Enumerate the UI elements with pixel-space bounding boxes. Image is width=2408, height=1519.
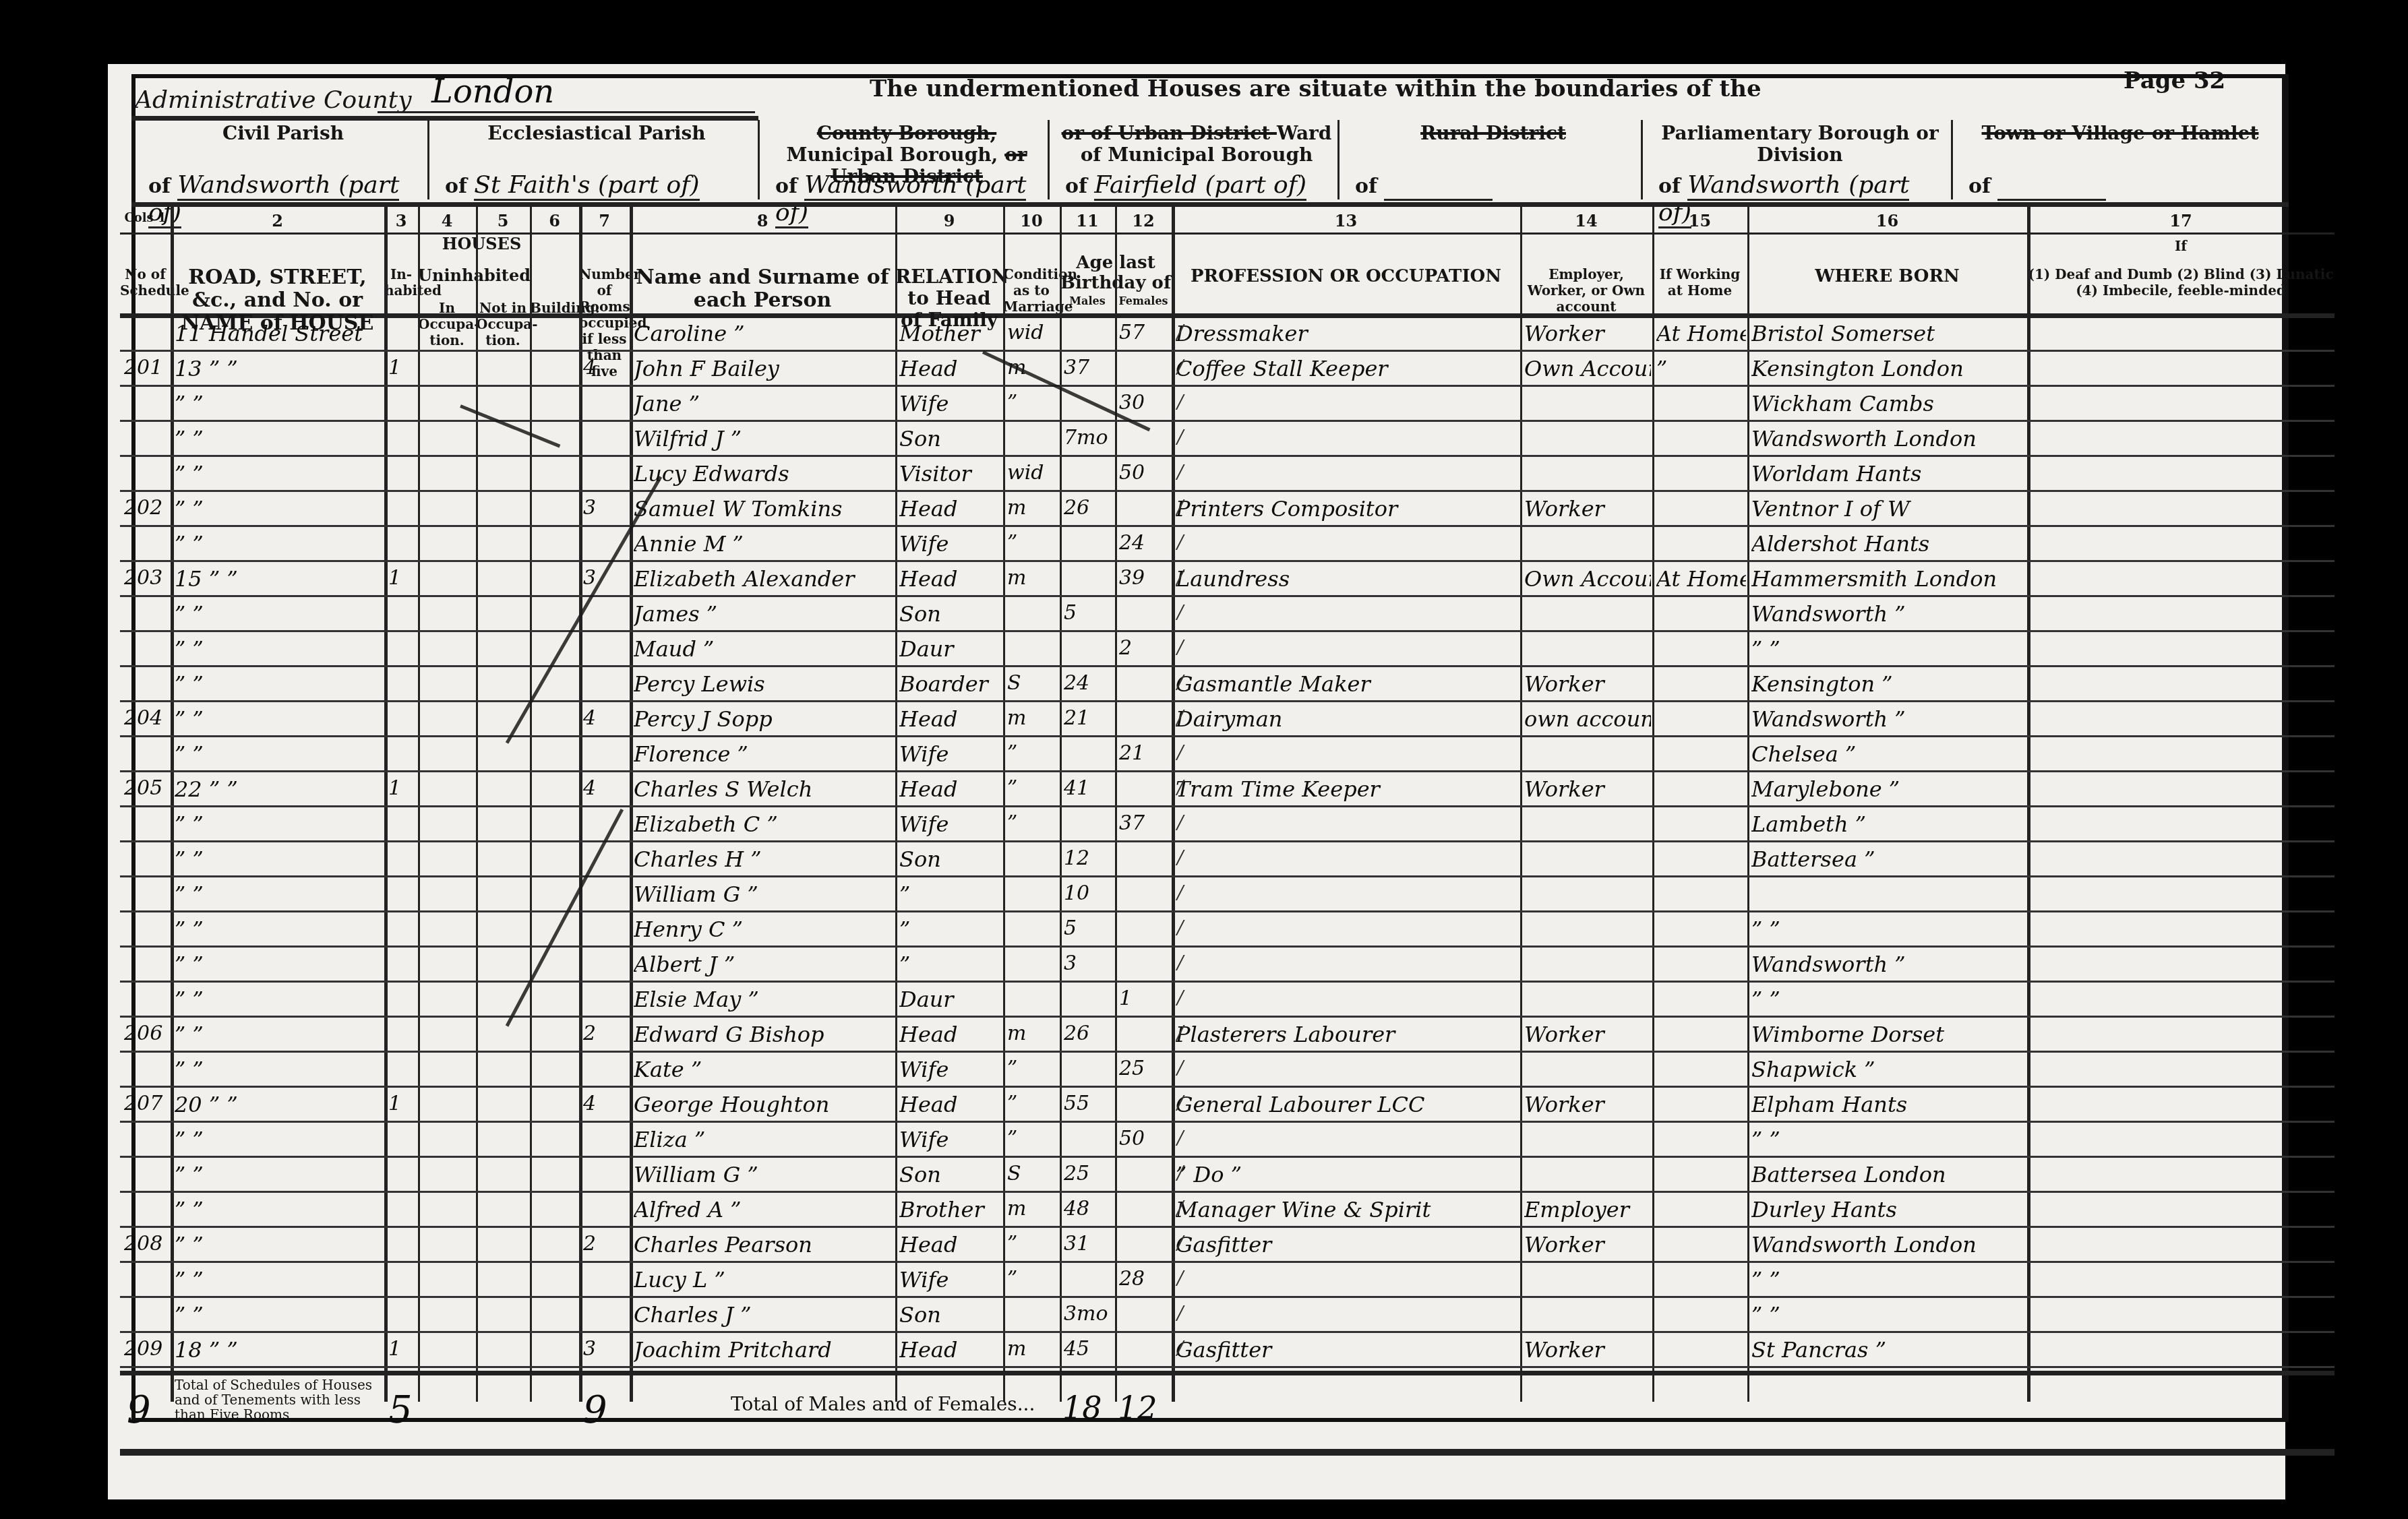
cell-relation: Head [899, 776, 1002, 802]
cell-road: ” ” [175, 636, 383, 662]
cell-name: Albert J ” [634, 952, 894, 977]
cell-road: ” ” [175, 671, 383, 697]
area-prefix: of [1968, 175, 1997, 198]
cell-where-born: Chelsea ” [1751, 741, 2026, 767]
area-label: Town or Village or Hamlet [1955, 123, 2285, 144]
cell-male-age: 55 [1064, 1092, 1114, 1115]
cell-occupation: Gasfitter [1176, 1337, 1519, 1363]
cell-condition: wid [1007, 461, 1058, 485]
table-row: ” ”Elsie May ”Daur1” ” [0, 983, 2408, 1018]
cell-where-born: Wandsworth London [1751, 1232, 2026, 1258]
cell-where-born: Wandsworth London [1751, 426, 2026, 452]
area-divider [1641, 120, 1643, 199]
cell-road: 15 ” ” [175, 566, 383, 592]
table-row: 20918 ” ”13Joachim PritchardHeadm45Gasfi… [0, 1333, 2408, 1368]
cell-relation: Son [899, 426, 1002, 452]
cell-road: ” ” [175, 531, 383, 557]
cell-male-age: 26 [1064, 1022, 1114, 1045]
total-rooms: 9 [583, 1388, 607, 1432]
cell-condition: S [1007, 671, 1058, 695]
cell-at-home: ” [1656, 356, 1746, 381]
cell-where-born: ” ” [1751, 1127, 2026, 1152]
cell-male-age: 7mo [1064, 426, 1114, 449]
area-prefix: of [148, 175, 177, 198]
cell-where-born: Ventnor I of W [1751, 496, 2026, 522]
cell-road: ” ” [175, 1197, 383, 1222]
cell-female-age: 50 [1119, 1127, 1170, 1150]
footer-note: NOTE—Draw your pen through such words of… [135, 1459, 899, 1481]
cell-where-born: Elpham Hants [1751, 1092, 2026, 1117]
cell-condition: ” [1007, 1057, 1058, 1080]
row-line [120, 1366, 2335, 1368]
cell-employer: Worker [1524, 671, 1651, 697]
cell-rooms: 2 [583, 1022, 628, 1045]
cell-employer: Employer [1524, 1197, 1651, 1222]
cell-male-age: 12 [1064, 846, 1114, 870]
cell-where-born: Wandsworth ” [1751, 952, 2026, 977]
check-mark: / [1177, 1267, 1183, 1289]
cell-relation: ” [899, 881, 1002, 907]
cell-male-age: 37 [1064, 356, 1114, 379]
cell-male-age: 21 [1064, 706, 1114, 730]
cell-road: ” ” [175, 601, 383, 627]
cell-male-age: 25 [1064, 1162, 1114, 1185]
table-row: ” ”Annie M ”Wife”24Aldershot Hants [0, 527, 2408, 562]
cell-road: ” ” [175, 846, 383, 872]
col-number-14: 14 [1520, 211, 1652, 230]
table-row: 11 Handel StreetCaroline ”Motherwid57Dre… [0, 317, 2408, 352]
cell-road: ” ” [175, 1127, 383, 1152]
cell-rooms: 4 [583, 356, 628, 379]
table-row: ” ”Charles H ”Son12Battersea ” [0, 842, 2408, 877]
cell-female-age: 50 [1119, 461, 1170, 485]
cell-relation: Daur [899, 987, 1002, 1012]
cell-occupation: Tram Time Keeper [1176, 776, 1519, 802]
table-row: 206” ”2Edward G BishopHeadm26Plasterers … [0, 1018, 2408, 1053]
area-prefix: of [445, 175, 474, 198]
check-mark: / [1177, 671, 1183, 693]
cell-where-born: Durley Hants [1751, 1197, 2026, 1222]
cell-relation: Wife [899, 391, 1002, 416]
area-label: or of Urban District Ward of Municipal B… [1052, 123, 1342, 166]
cell-relation: Wife [899, 811, 1002, 837]
cell-relation: Wife [899, 531, 1002, 557]
cell-name: Percy Lewis [634, 671, 894, 697]
table-row: ” ”Wilfrid J ”Son7moWandsworth London [0, 422, 2408, 457]
area-prefix: of [1355, 175, 1384, 198]
cell-schedule: 205 [124, 776, 169, 800]
check-mark: / [1177, 531, 1183, 553]
check-mark: / [1177, 601, 1183, 623]
cell-where-born: Battersea ” [1751, 846, 2026, 872]
cell-name: Alfred A ” [634, 1197, 894, 1222]
col-number-8: 8 [630, 211, 895, 230]
area-value-line: of [1968, 171, 2272, 199]
area-divider [1048, 120, 1050, 199]
cell-road: 11 Handel Street [175, 321, 383, 346]
check-mark: / [1177, 391, 1183, 413]
cell-relation: Head [899, 356, 1002, 381]
table-row: ” ”William G ””10 [0, 877, 2408, 912]
col-number-6: 6 [530, 211, 579, 230]
cell-employer: Own Account [1524, 356, 1651, 381]
cell-name: Maud ” [634, 636, 894, 662]
cell-relation: Wife [899, 1057, 1002, 1082]
cell-name: Lucy Edwards [634, 461, 894, 487]
area-value-line: of [1355, 171, 1631, 199]
cell-schedule: 207 [124, 1092, 169, 1115]
cell-schedule: 209 [124, 1337, 169, 1361]
area-header-2: County Borough, Municipal Borough, or Ur… [762, 120, 1052, 201]
col-number-3: 3 [384, 211, 418, 230]
col-header-if: If [2027, 238, 2335, 254]
col-number-11: 11 [1060, 211, 1115, 230]
table-row: ” ”Kate ”Wife”25Shapwick ” [0, 1053, 2408, 1088]
cell-road: 20 ” ” [175, 1092, 383, 1117]
cell-employer: Worker [1524, 776, 1651, 802]
cell-at-home: At Home [1656, 566, 1746, 592]
cell-road: ” ” [175, 1232, 383, 1258]
cell-where-born: St Pancras ” [1751, 1337, 2026, 1363]
check-mark: / [1177, 636, 1183, 658]
cell-condition: ” [1007, 1267, 1058, 1291]
cell-inhabited: 1 [388, 1337, 417, 1361]
area-label: Ecclesiastical Parish [431, 123, 762, 144]
area-header-4: Rural District of [1342, 120, 1645, 201]
col-number-9: 9 [895, 211, 1003, 230]
cell-male-age: 48 [1064, 1197, 1114, 1220]
table-row: ” ”Florence ”Wife”21Chelsea ” [0, 737, 2408, 772]
cell-condition: ” [1007, 531, 1058, 555]
col-number-15: 15 [1652, 211, 1747, 230]
cell-where-born: ” ” [1751, 1302, 2026, 1328]
cell-schedule: 202 [124, 496, 169, 520]
cell-name: Florence ” [634, 741, 894, 767]
cell-relation: Head [899, 566, 1002, 592]
check-mark: / [1177, 1127, 1183, 1149]
col-number-5: 5 [476, 211, 530, 230]
cell-employer: Worker [1524, 1022, 1651, 1047]
cell-female-age: 57 [1119, 321, 1170, 344]
cell-where-born: Kensington London [1751, 356, 2026, 381]
cell-name: Edward G Bishop [634, 1022, 894, 1047]
area-label-text: Civil Parish [222, 122, 344, 144]
cell-female-age: 37 [1119, 811, 1170, 835]
cell-name: James ” [634, 601, 894, 627]
cell-name: Caroline ” [634, 321, 894, 346]
cell-relation: Wife [899, 1267, 1002, 1293]
cell-relation: Head [899, 1232, 1002, 1258]
cell-condition: ” [1007, 1127, 1058, 1150]
cell-road: ” ” [175, 426, 383, 452]
check-mark: / [1177, 706, 1183, 728]
cell-employer: Worker [1524, 1337, 1651, 1363]
cell-relation: Son [899, 1162, 1002, 1187]
cell-female-age: 1 [1119, 987, 1170, 1010]
cell-schedule: 206 [124, 1022, 169, 1045]
cell-relation: Head [899, 1092, 1002, 1117]
cell-where-born: Wandsworth ” [1751, 706, 2026, 732]
check-mark: / [1177, 1197, 1183, 1219]
cell-road: ” ” [175, 706, 383, 732]
cell-condition: m [1007, 1197, 1058, 1220]
cell-relation: Wife [899, 741, 1002, 767]
check-mark: / [1177, 846, 1183, 869]
cell-rooms: 3 [583, 496, 628, 520]
check-mark: / [1177, 426, 1183, 448]
cell-where-born: Lambeth ” [1751, 811, 2026, 837]
cell-occupation: Dressmaker [1176, 321, 1519, 346]
cell-relation: Brother [899, 1197, 1002, 1222]
cell-relation: Son [899, 846, 1002, 872]
cell-condition: S [1007, 1162, 1058, 1185]
check-mark: / [1177, 1092, 1183, 1114]
cell-road: 18 ” ” [175, 1337, 383, 1363]
area-divider [1337, 120, 1340, 199]
total-schedules-label: Total of Schedules of Houses and of Tene… [175, 1377, 382, 1422]
cell-condition: m [1007, 566, 1058, 590]
cell-male-age: 5 [1064, 917, 1114, 940]
cell-name: John F Bailey [634, 356, 894, 381]
cell-condition: m [1007, 496, 1058, 520]
cell-road: ” ” [175, 987, 383, 1012]
check-mark: / [1177, 566, 1183, 588]
area-value-line: of St Faith's (part of) [445, 171, 748, 199]
col-header-at-home: If Working at Home [1652, 266, 1747, 299]
cell-relation: Head [899, 1022, 1002, 1047]
cell-name: Charles H ” [634, 846, 894, 872]
col-header-name: Name and Surname of each Person [630, 266, 895, 312]
cell-name: Lucy L ” [634, 1267, 894, 1293]
cell-condition: ” [1007, 776, 1058, 800]
table-row: ” ”Alfred A ”Brotherm48Manager Wine & Sp… [0, 1193, 2408, 1228]
check-mark: / [1177, 461, 1183, 483]
cell-male-age: 26 [1064, 496, 1114, 520]
area-divider [758, 120, 760, 199]
cell-female-age: 30 [1119, 391, 1170, 414]
check-mark: / [1177, 496, 1183, 518]
cell-male-age: 5 [1064, 601, 1114, 625]
cell-where-born: ” ” [1751, 917, 2026, 942]
cell-road: ” ” [175, 496, 383, 522]
cell-male-age: 31 [1064, 1232, 1114, 1255]
cell-name: Percy J Sopp [634, 706, 894, 732]
cell-where-born: Marylebone ” [1751, 776, 2026, 802]
cell-where-born: Battersea London [1751, 1162, 2026, 1187]
col-number-13: 13 [1172, 211, 1520, 230]
cell-where-born: ” ” [1751, 987, 2026, 1012]
cell-where-born: Shapwick ” [1751, 1057, 2026, 1082]
cell-name: Kate ” [634, 1057, 894, 1082]
cell-name: William G ” [634, 881, 894, 907]
table-row: ” ”Henry C ””5” ” [0, 912, 2408, 948]
col-number-1: Cols 1 [120, 211, 171, 225]
cell-relation: ” [899, 917, 1002, 942]
cell-name: Samuel W Tomkins [634, 496, 894, 522]
cell-schedule: 204 [124, 706, 169, 730]
cell-female-age: 25 [1119, 1057, 1170, 1080]
area-divider [427, 120, 429, 199]
cell-road: ” ” [175, 917, 383, 942]
struck-label: Rural District [1420, 122, 1566, 144]
col-number-16: 16 [1747, 211, 2027, 230]
col-header-houses: HOUSES [384, 236, 579, 252]
cell-road: ” ” [175, 1022, 383, 1047]
cell-rooms: 4 [583, 776, 628, 800]
cell-occupation: Plasterers Labourer [1176, 1022, 1519, 1047]
header-divider [131, 202, 2289, 207]
area-prefix: of [775, 175, 804, 198]
cell-condition: ” [1007, 1092, 1058, 1115]
total-mf-label: Total of Males and of Females... [731, 1395, 1035, 1414]
cell-employer: own account [1524, 706, 1651, 732]
cell-occupation: Printers Compositor [1176, 496, 1519, 522]
cell-where-born: Wimborne Dorset [1751, 1022, 2026, 1047]
cell-road: 22 ” ” [175, 776, 383, 802]
cell-female-age: 28 [1119, 1267, 1170, 1291]
area-label: Civil Parish [135, 123, 431, 144]
table-row: ” ”Maud ”Daur2” ” [0, 632, 2408, 667]
check-mark: / [1177, 1232, 1183, 1254]
area-header-3: or of Urban District Ward of Municipal B… [1052, 120, 1342, 201]
cell-name: Elizabeth C ” [634, 811, 894, 837]
cell-name: George Houghton [634, 1092, 894, 1117]
cell-rooms: 3 [583, 1337, 628, 1361]
col-number-4: 4 [418, 211, 476, 230]
cell-name: Charles S Welch [634, 776, 894, 802]
check-mark: / [1177, 776, 1183, 799]
area-header-0: Civil Parishof Wandsworth (part of) [135, 120, 431, 201]
cell-female-age: 2 [1119, 636, 1170, 660]
area-value [1384, 171, 1492, 201]
table-row: ” ”William G ”SonS25” Do ”Battersea Lond… [0, 1158, 2408, 1193]
struck-label: Town or Village or Hamlet [1982, 122, 2259, 144]
cell-name: Elizabeth Alexander [634, 566, 894, 592]
total-inhabited: 5 [388, 1388, 413, 1432]
cell-road: ” ” [175, 1267, 383, 1293]
table-row: ” ”Charles J ”Son3mo” ” [0, 1298, 2408, 1333]
table-row: 20113 ” ”14John F BaileyHeadm37Coffee St… [0, 352, 2408, 387]
check-mark: / [1177, 917, 1183, 939]
cell-name: Joachim Pritchard [634, 1337, 894, 1363]
area-prefix: of [1065, 175, 1094, 198]
cell-inhabited: 1 [388, 566, 417, 590]
area-value: St Faith's (part of) [474, 171, 699, 201]
cell-schedule: 208 [124, 1232, 169, 1255]
cell-where-born: Wandsworth ” [1751, 601, 2026, 627]
cell-condition: m [1007, 1022, 1058, 1045]
cell-condition: m [1007, 706, 1058, 730]
area-value-line: of Fairfield (part of) [1065, 171, 1328, 199]
cell-name: Jane ” [634, 391, 894, 416]
cell-male-age: 3mo [1064, 1302, 1114, 1326]
check-mark: / [1177, 1337, 1183, 1359]
area-label-text: Parliamentary Borough or Division [1661, 122, 1939, 166]
cell-employer: Own Account [1524, 566, 1651, 592]
cell-male-age: 41 [1064, 776, 1114, 800]
cell-schedule: 203 [124, 566, 169, 590]
table-row: ” ”Albert J ””3Wandsworth ” [0, 948, 2408, 983]
cell-occupation: Gasmantle Maker [1176, 671, 1519, 697]
cell-name: Charles Pearson [634, 1232, 894, 1258]
cell-relation: Wife [899, 1127, 1002, 1152]
cell-relation: Son [899, 601, 1002, 627]
cell-where-born: Kensington ” [1751, 671, 2026, 697]
cell-name: Henry C ” [634, 917, 894, 942]
cell-road: ” ” [175, 741, 383, 767]
cell-name: Elsie May ” [634, 987, 894, 1012]
col-header-condition: Condition as to Marriage [1003, 266, 1060, 315]
cell-name: Annie M ” [634, 531, 894, 557]
cell-name: Charles J ” [634, 1302, 894, 1328]
area-value: Fairfield (part of) [1094, 171, 1306, 201]
cell-occupation: Gasfitter [1176, 1232, 1519, 1258]
table-row: ” ”Eliza ”Wife”50” ” [0, 1123, 2408, 1158]
cell-occupation: Coffee Stall Keeper [1176, 356, 1519, 381]
col-number-12: 12 [1115, 211, 1172, 230]
cell-relation: Mother [899, 321, 1002, 346]
table-row: ” ”Elizabeth C ”Wife”37Lambeth ” [0, 807, 2408, 842]
check-mark: / [1177, 321, 1183, 343]
cell-where-born: Hammersmith London [1751, 566, 2026, 592]
cell-inhabited: 1 [388, 1092, 417, 1115]
cell-at-home: At Home [1656, 321, 1746, 346]
cell-relation: Head [899, 1337, 1002, 1363]
col-header-occupation: PROFESSION OR OCCUPATION [1172, 266, 1520, 286]
col-header-females: Females [1115, 293, 1172, 309]
col-number-2: 2 [171, 211, 384, 230]
area-header-1: Ecclesiastical Parishof St Faith's (part… [431, 120, 762, 201]
cell-road: ” ” [175, 1057, 383, 1082]
cell-rooms: 2 [583, 1232, 628, 1255]
check-mark: / [1177, 952, 1183, 974]
cell-where-born: ” ” [1751, 1267, 2026, 1293]
cell-rooms: 4 [583, 706, 628, 730]
cell-relation: Son [899, 1302, 1002, 1328]
area-divider [1951, 120, 1953, 199]
area-label-text: Ecclesiastical Parish [487, 122, 705, 144]
cell-condition: m [1007, 1337, 1058, 1361]
area-label-text: Municipal Borough, [786, 144, 998, 166]
total-schedules: 9 [127, 1388, 151, 1432]
cell-where-born: Bristol Somerset [1751, 321, 2026, 346]
cell-where-born: Worldam Hants [1751, 461, 2026, 487]
cell-rooms: 4 [583, 1092, 628, 1115]
cell-condition: ” [1007, 741, 1058, 765]
col-header-males: Males [1060, 293, 1115, 309]
area-header-6: Town or Village or Hamlet of [1955, 120, 2285, 201]
area-label: Rural District [1342, 123, 1645, 144]
cell-male-age: 45 [1064, 1337, 1114, 1361]
col-header-building: Building. [530, 300, 579, 316]
table-row: ” ”Jane ”Wife”30Wickham Cambs [0, 387, 2408, 422]
cell-name: Wilfrid J ” [634, 426, 894, 452]
table-row: ” ”Lucy L ”Wife”28” ” [0, 1263, 2408, 1298]
cell-relation: Head [899, 706, 1002, 732]
check-mark: / [1177, 1022, 1183, 1044]
cell-road: ” ” [175, 811, 383, 837]
cell-where-born: Aldershot Hants [1751, 531, 2026, 557]
table-row: 202” ”3Samuel W TomkinsHeadm26Printers C… [0, 492, 2408, 527]
col-header-inhabited: In-habited [384, 266, 418, 299]
cell-female-age: 24 [1119, 531, 1170, 555]
area-prefix: of [1658, 175, 1687, 198]
cell-occupation: ” Do ” [1176, 1162, 1519, 1187]
cell-name: Eliza ” [634, 1127, 894, 1152]
cell-road: ” ” [175, 461, 383, 487]
total-males: 18 [1062, 1390, 1102, 1426]
cell-road: ” ” [175, 1162, 383, 1187]
